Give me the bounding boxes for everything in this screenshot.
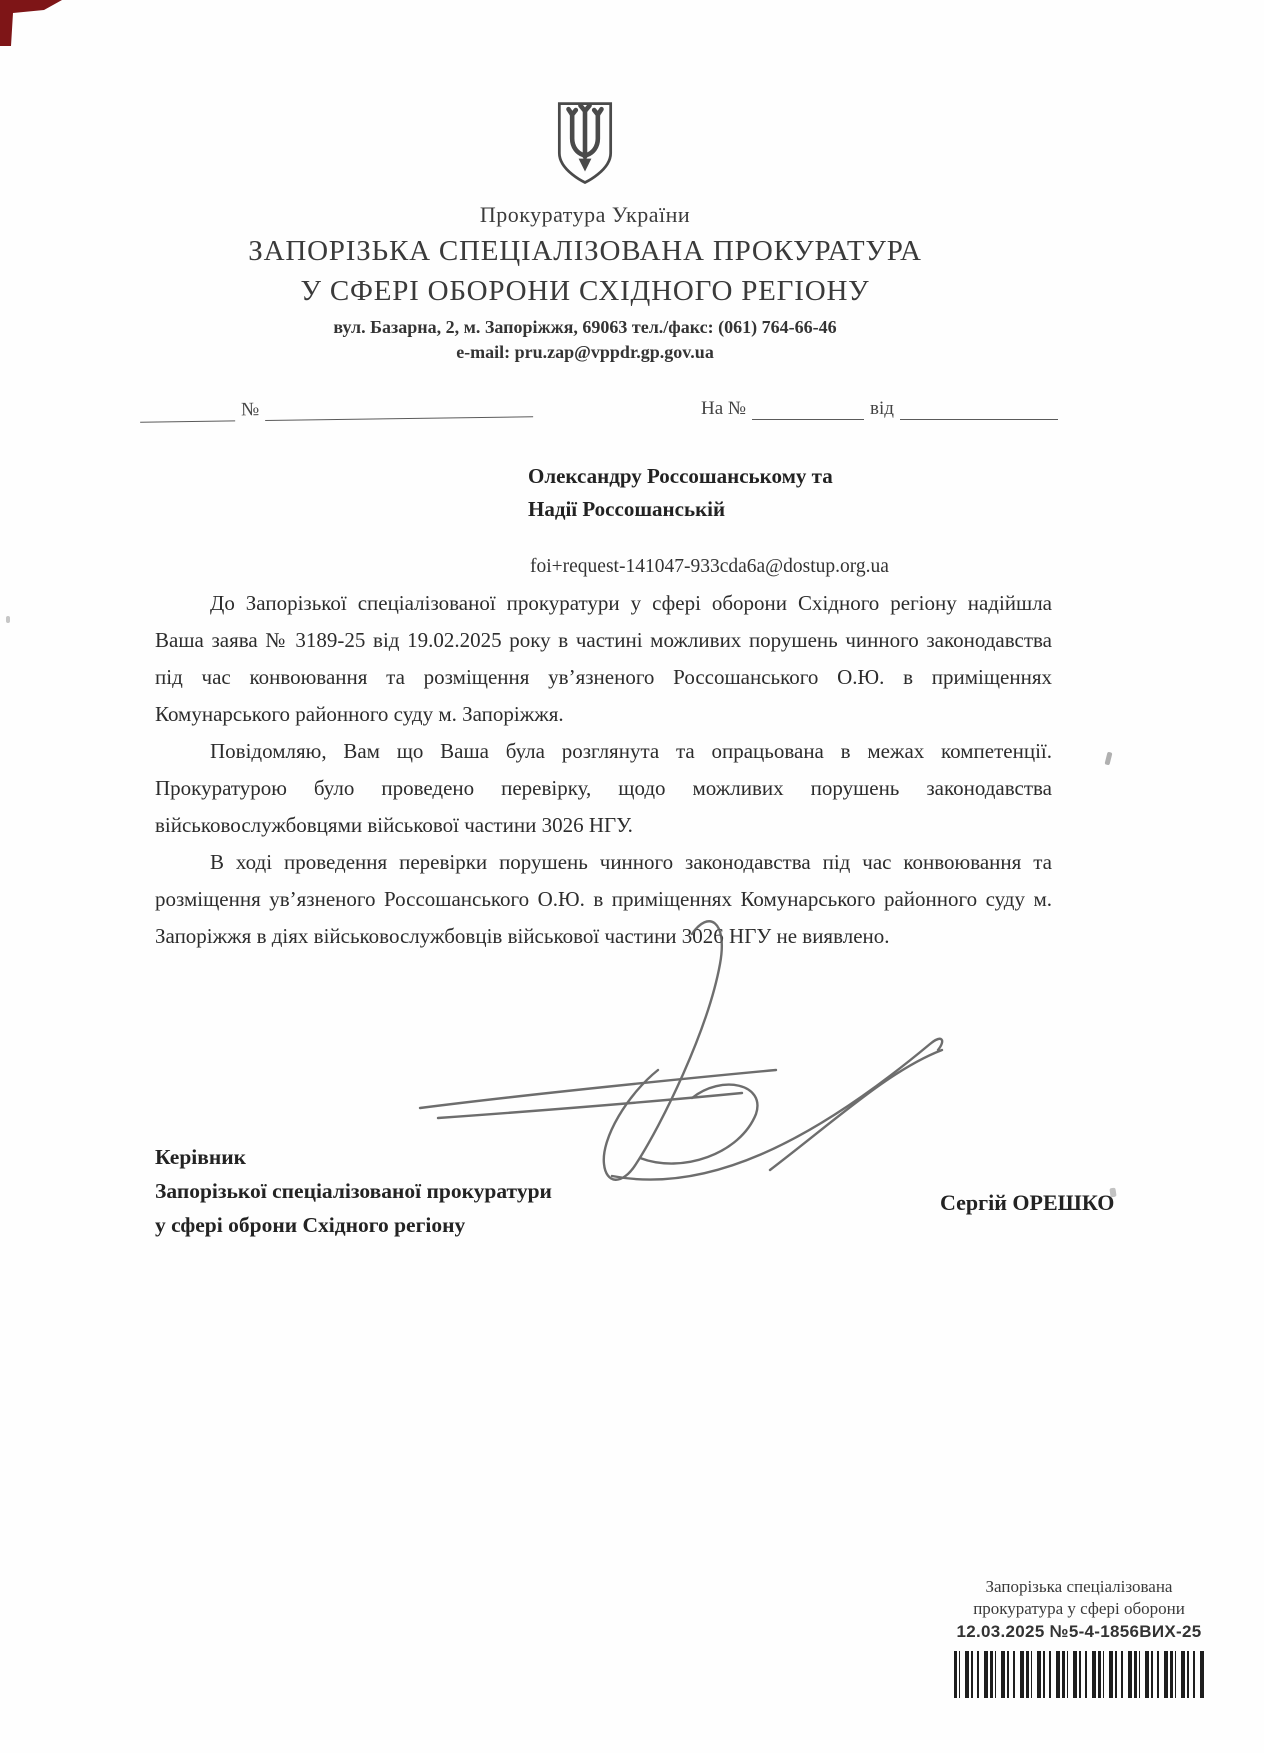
signer-name: Сергій ОРЕШКО — [940, 1190, 1114, 1216]
blank-line — [752, 399, 864, 420]
scan-speck — [6, 616, 10, 623]
registration-stamp: Запорізька спеціалізована прокуратура у … — [948, 1576, 1210, 1698]
org-name: Прокуратура України — [135, 202, 1035, 228]
letter-body: До Запорізької спеціалізованої прокурату… — [155, 585, 1052, 955]
barcode — [954, 1651, 1204, 1698]
na-number-label: На № — [695, 398, 752, 419]
paragraph-1: До Запорізької спеціалізованої прокурату… — [155, 585, 1052, 733]
trident-base — [579, 159, 592, 172]
recipient-email: foi+request-141047-933cda6a@dostup.org.u… — [530, 556, 889, 578]
scanned-letter-page: Прокуратура України ЗАПОРІЗЬКА СПЕЦІАЛІЗ… — [0, 0, 1264, 1753]
outgoing-number-field: № — [140, 395, 533, 422]
number-sign-label: № — [235, 399, 265, 420]
org-title-line2: У СФЕРІ ОБОРОНИ СХІДНОГО РЕГІОНУ — [135, 275, 1035, 308]
blank-line — [900, 399, 1058, 420]
blank-line — [265, 396, 533, 421]
incoming-number-field: На №від — [695, 398, 1058, 420]
signoff-position-line2: Запорізької спеціалізованої прокуратури — [155, 1174, 552, 1208]
org-email: e-mail: pru.zap@vppdr.gp.gov.ua — [135, 342, 1035, 363]
recipient-name-line1: Олександру Россошанському та — [528, 460, 833, 493]
ukraine-trident-emblem-icon — [552, 96, 618, 192]
vid-label: від — [864, 398, 900, 419]
stamp-org-line1: Запорізька спеціалізована — [948, 1576, 1210, 1598]
signoff-position-line3: у сфері оброни Східного регіону — [155, 1208, 552, 1242]
reference-row: № На №від — [0, 398, 1264, 432]
letterhead: Прокуратура України ЗАПОРІЗЬКА СПЕЦІАЛІЗ… — [135, 96, 1035, 363]
signoff-position-line1: Керівник — [155, 1140, 552, 1174]
signoff-block: Керівник Запорізької спеціалізованої про… — [155, 1140, 552, 1242]
stamp-org-line2: прокуратура у сфері оборони — [948, 1598, 1210, 1620]
scan-speck — [1105, 752, 1113, 766]
paragraph-2: Повідомляю, Вам що Ваша була розглянута … — [155, 733, 1052, 844]
recipient-name-line2: Надії Россошанській — [528, 493, 833, 526]
scan-corner-artifact — [0, 0, 62, 46]
recipient-block: Олександру Россошанському та Надії Россо… — [528, 460, 833, 526]
blank-line — [140, 400, 235, 422]
paragraph-3: В ході проведення перевірки порушень чин… — [155, 844, 1052, 955]
org-address: вул. Базарна, 2, м. Запоріжжя, 69063 тел… — [135, 317, 1035, 338]
stamp-date-number: 12.03.2025 №5-4-1856ВИХ-25 — [948, 1620, 1210, 1644]
org-title-line1: ЗАПОРІЗЬКА СПЕЦІАЛІЗОВАНА ПРОКУРАТУРА — [135, 235, 1035, 268]
